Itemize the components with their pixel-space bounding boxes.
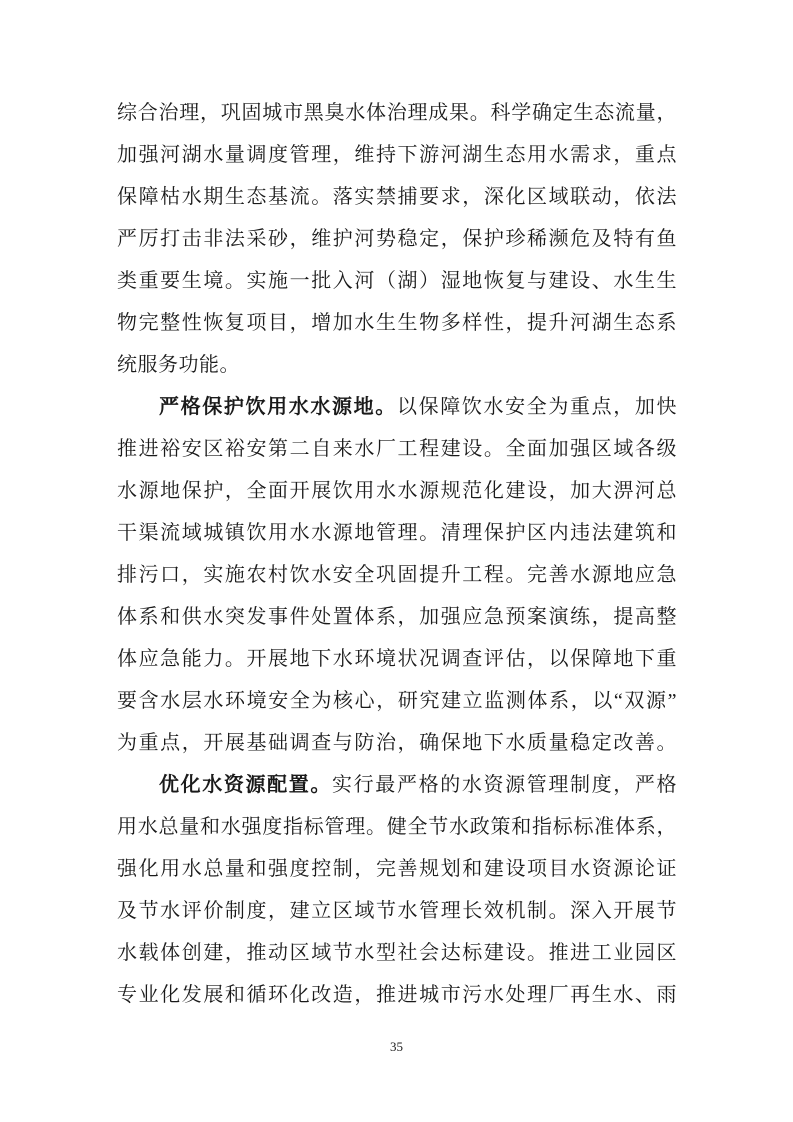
text-line: 严格保护饮用水水源地。以保障饮水安全为重点，加快 bbox=[117, 386, 677, 428]
text-line: 专业化发展和循环化改造，推进城市污水处理厂再生水、雨 bbox=[117, 974, 677, 1016]
text-line: 优化水资源配置。实行最严格的水资源管理制度，严格 bbox=[117, 764, 677, 806]
text-line: 排污口，实施农村饮水安全巩固提升工程。完善水源地应急 bbox=[117, 554, 677, 596]
paragraph-text: 以保障饮水安全为重点，加快 bbox=[397, 396, 677, 418]
text-line: 物完整性恢复项目，增加水生生物多样性，提升河湖生态系 bbox=[117, 302, 677, 344]
text-line: 要含水层水环境安全为核心，研究建立监测体系，以“双源” bbox=[117, 680, 677, 722]
text-line: 强化用水总量和强度控制，完善规划和建设项目水资源论证 bbox=[117, 848, 677, 890]
text-line: 综合治理，巩固城市黑臭水体治理成果。科学确定生态流量， bbox=[117, 92, 677, 134]
text-line: 加强河湖水量调度管理，维持下游河湖生态用水需求，重点 bbox=[117, 134, 677, 176]
text-line: 类重要生境。实施一批入河（湖）湿地恢复与建设、水生生 bbox=[117, 260, 677, 302]
paragraph-lead-bold: 严格保护饮用水水源地。 bbox=[159, 396, 397, 418]
text-line: 用水总量和水强度指标管理。健全节水政策和指标标准体系， bbox=[117, 806, 677, 848]
text-line: 为重点，开展基础调查与防治，确保地下水质量稳定改善。 bbox=[117, 722, 677, 764]
document-page: 综合治理，巩固城市黑臭水体治理成果。科学确定生态流量，加强河湖水量调度管理，维持… bbox=[0, 0, 793, 1122]
paragraph-lead-bold: 优化水资源配置。 bbox=[159, 774, 332, 796]
text-line: 严厉打击非法采砂，维护河势稳定，保护珍稀濒危及特有鱼 bbox=[117, 218, 677, 260]
text-line: 统服务功能。 bbox=[117, 344, 677, 386]
text-line: 体系和供水突发事件处置体系，加强应急预案演练，提高整 bbox=[117, 596, 677, 638]
document-body: 综合治理，巩固城市黑臭水体治理成果。科学确定生态流量，加强河湖水量调度管理，维持… bbox=[117, 92, 677, 1016]
paragraph-text: 实行最严格的水资源管理制度，严格 bbox=[332, 774, 677, 796]
page-number: 35 bbox=[0, 1038, 793, 1056]
text-line: 水源地保护，全面开展饮用水水源规范化建设，加大淠河总 bbox=[117, 470, 677, 512]
text-line: 及节水评价制度，建立区域节水管理长效机制。深入开展节 bbox=[117, 890, 677, 932]
text-line: 保障枯水期生态基流。落实禁捕要求，深化区域联动，依法 bbox=[117, 176, 677, 218]
text-line: 推进裕安区裕安第二自来水厂工程建设。全面加强区域各级 bbox=[117, 428, 677, 470]
text-line: 体应急能力。开展地下水环境状况调查评估，以保障地下重 bbox=[117, 638, 677, 680]
text-line: 干渠流域城镇饮用水水源地管理。清理保护区内违法建筑和 bbox=[117, 512, 677, 554]
text-line: 水载体创建，推动区域节水型社会达标建设。推进工业园区 bbox=[117, 932, 677, 974]
